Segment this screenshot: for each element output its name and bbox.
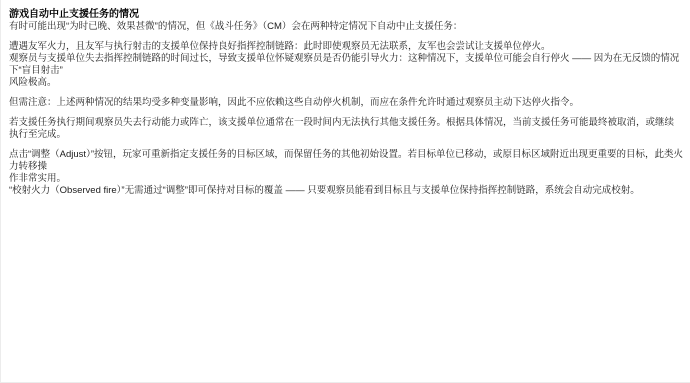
- paragraph: 遭遇友军火力，且友军与执行射击的支援单位保持良好指挥控制链路：此时即使观察员无法…: [9, 41, 683, 89]
- text-line: 风险极高。: [9, 77, 683, 89]
- paragraph: 若支援任务执行期间观察员失去行动能力或阵亡，该支援单位通常在一段时间内无法执行其…: [9, 117, 683, 141]
- page-title: 游戏自动中止支援任务的情况: [9, 9, 683, 21]
- text-line: 但需注意：上述两种情况的结果均受多种变量影响，因此不应依赖这些自动停火机制，而应…: [9, 97, 683, 109]
- document-page: 游戏自动中止支援任务的情况 有时可能出现“为时已晚、效果甚微”的情况，但《战斗任…: [1, 0, 690, 197]
- text-line: “校射火力（Observed fire）”无需通过“调整”即可保持对目标的覆盖 …: [9, 185, 683, 197]
- document-body: 有时可能出现“为时已晚、效果甚微”的情况，但《战斗任务》（CM）会在两种特定情况…: [9, 21, 683, 197]
- text-line: 点击“调整（Adjust）”按钮，玩家可重新指定支援任务的目标区域，而保留任务的…: [9, 149, 683, 173]
- text-line: 有时可能出现“为时已晚、效果甚微”的情况，但《战斗任务》（CM）会在两种特定情况…: [9, 21, 683, 33]
- paragraph: 但需注意：上述两种情况的结果均受多种变量影响，因此不应依赖这些自动停火机制，而应…: [9, 97, 683, 109]
- text-line: 遭遇友军火力，且友军与执行射击的支援单位保持良好指挥控制链路：此时即使观察员无法…: [9, 41, 683, 53]
- paragraph: 有时可能出现“为时已晚、效果甚微”的情况，但《战斗任务》（CM）会在两种特定情况…: [9, 21, 683, 33]
- text-line: 观察员与支援单位失去指挥控制链路的时间过长，导致支援单位怀疑观察员是否仍能引导火…: [9, 53, 683, 77]
- paragraph: 点击“调整（Adjust）”按钮，玩家可重新指定支援任务的目标区域，而保留任务的…: [9, 149, 683, 197]
- text-line: 作非常实用。: [9, 173, 683, 185]
- text-line: 若支援任务执行期间观察员失去行动能力或阵亡，该支援单位通常在一段时间内无法执行其…: [9, 117, 683, 141]
